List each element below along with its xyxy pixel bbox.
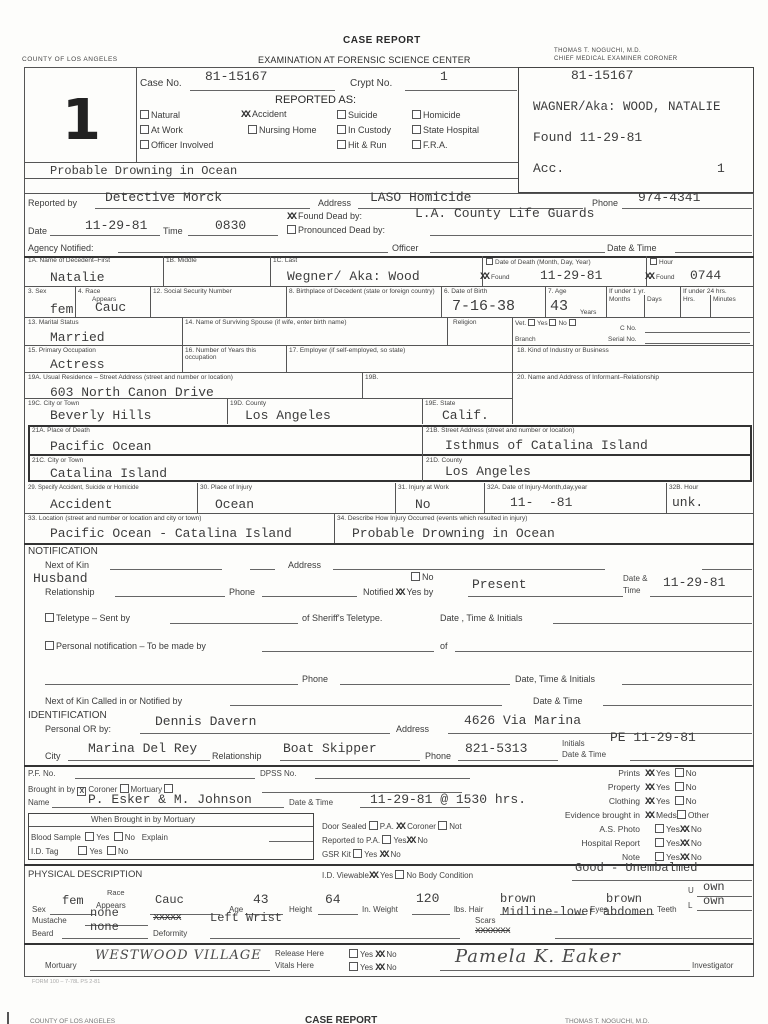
injury-location-value: Pacific Ocean - Catalina Island [50, 526, 292, 541]
checked-x-icon: XX [241, 110, 249, 121]
checkbox-icon[interactable] [438, 821, 447, 830]
checkbox-homicide[interactable]: Homicide [412, 110, 461, 120]
hour-value: 0744 [690, 268, 721, 283]
marital-label: 13. Marital Status [28, 320, 79, 327]
checkbox-accident[interactable]: XXAccident [241, 109, 287, 121]
checkbox-icon [287, 225, 296, 234]
weight-value: 120 [416, 891, 439, 906]
checkbox-state-hospital[interactable]: State Hospital [412, 125, 479, 135]
checkbox-icon [337, 110, 346, 119]
teeth-l-value: own [703, 894, 725, 908]
checkbox-icon [412, 110, 421, 119]
teeth-u-label: U [688, 887, 694, 895]
tag-acc: Acc. [533, 161, 564, 176]
occupation-value: Actress [50, 357, 105, 372]
hospital-report-options[interactable]: YesXXNo [655, 838, 702, 850]
dob-label: 6. Date of Birth [444, 289, 487, 296]
id-address-value: 4626 Via Marina [464, 713, 581, 728]
age-value: 43 [550, 298, 568, 315]
time-value: 0830 [215, 218, 246, 233]
notified-by-value: Present [472, 577, 527, 592]
id-city-value: Marina Del Rey [88, 741, 197, 756]
id-viewable-row: I.D. ViewableXXYes No Body Condition [322, 870, 473, 882]
pronounced-checkbox[interactable]: Pronounced Dead by: [287, 225, 385, 235]
occupation-label: 15. Primary Occupation [28, 348, 96, 355]
tag-acc-no: 1 [717, 161, 725, 176]
last-name-value: Wegner/ Aka: Wood [287, 269, 420, 284]
officer-label: Officer [392, 243, 418, 253]
name-label: Name [28, 799, 49, 807]
residence-county-label: 19D. County [230, 401, 266, 408]
residence-state-label: 19E. State [425, 401, 455, 408]
manner-value: Accident [50, 497, 112, 512]
physical-section: PHYSICAL DESCRIPTION [28, 869, 142, 880]
case-no-value: 81-15167 [205, 69, 267, 84]
phone-label: Phone [592, 198, 618, 208]
phone-value: 974-4341 [638, 190, 700, 205]
property-options[interactable]: XXYes No [645, 782, 697, 794]
checked-x-icon[interactable]: XX [369, 871, 377, 882]
injury-at-work-label: 31. Injury at Work [398, 485, 449, 492]
tattoo-strike: xxxxx [153, 912, 181, 924]
mortuary-box: When Brought in by Mortuary Blood Sample… [28, 813, 314, 860]
checkbox-icon [140, 125, 149, 134]
birthplace-label: 8. Birthplace of Decedent (state or fore… [289, 289, 439, 296]
time-label: Time [163, 226, 183, 236]
place-of-death-label: 21A. Place of Death [32, 428, 90, 435]
relationship-value: Husband [33, 571, 88, 586]
place-of-death-value: Pacific Ocean [50, 439, 151, 454]
name-value: P. Esker & M. Johnson [88, 792, 252, 807]
property-label: Property [608, 783, 640, 792]
dpss-no-label: DPSS No. [260, 770, 296, 778]
page-number: 1 [62, 88, 101, 153]
found-dead-value: L.A. County Life Guards [415, 206, 594, 221]
teeth-l-label: L [688, 902, 692, 910]
vitals-here-label: Vitals Here [275, 962, 314, 970]
death-street-value: Isthmus of Catalina Island [445, 438, 648, 453]
id-tag-row: I.D. Tag Yes No [31, 846, 128, 856]
investigator-label: Investigator [692, 962, 733, 970]
vet-field: Vet. Yes No [515, 319, 578, 328]
teletype-checkbox[interactable]: Teletype – Sent by [45, 613, 130, 623]
checkbox-icon[interactable] [369, 821, 378, 830]
age-unit: Years [580, 310, 596, 317]
checkbox-icon[interactable] [78, 846, 87, 855]
nok-address-label: Address [288, 560, 321, 570]
hour-found-checkbox[interactable]: XXFound [645, 273, 674, 283]
divider [136, 67, 137, 162]
nok-phone-label: Phone [229, 587, 255, 597]
checkbox-icon[interactable] [85, 832, 94, 841]
initials-label: Initials [562, 740, 585, 748]
death-city-value: Catalina Island [50, 466, 167, 481]
scars-label: Scars [475, 917, 495, 925]
found-dead-checkbox[interactable]: XXFound Dead by: [287, 211, 362, 223]
spouse-label: 14. Name of Surviving Spouse (if wife, e… [185, 320, 347, 327]
county-name: COUNTY OF LOS ANGELES [22, 57, 118, 64]
industry-label: 18. Kind of Industry or Business [517, 348, 609, 355]
date-label: Date [28, 226, 47, 236]
residence-city-label: 19C. City or Town [28, 401, 79, 408]
checkbox-hit-and-run[interactable]: Hit & Run [337, 140, 387, 150]
residence-state-value: Calif. [442, 408, 489, 423]
reported-as-label: REPORTED AS: [275, 94, 356, 106]
injury-how-value: Probable Drowning in Ocean [352, 526, 555, 541]
last-name-label: 1C. Last [273, 258, 297, 265]
days-label: Days [647, 297, 662, 304]
investigator-signature: Pamela K. Eaker [455, 946, 621, 967]
injury-place-value: Ocean [215, 497, 254, 512]
mustache-value: none [90, 906, 119, 920]
date-of-death-value: 11-29-81 [540, 268, 602, 283]
checkbox-icon[interactable] [528, 319, 535, 326]
evidence-options[interactable]: XXMedsOther [645, 810, 709, 822]
injury-at-work-value: No [415, 497, 431, 512]
injury-location-label: 33. Location (street and number or locat… [28, 516, 201, 523]
eyes-value: brown [606, 892, 642, 906]
middle-name-label: 1B. Middle [166, 258, 197, 265]
release-here-label: Release Here [275, 950, 324, 958]
reported-by-value: Detective Morck [105, 190, 222, 205]
checked-x-icon: XX [287, 212, 295, 223]
residence-label: 19A. Usual Residence – Street Address (s… [28, 375, 233, 382]
height-value: 64 [325, 892, 341, 907]
crypt-no-value: 1 [440, 69, 448, 84]
id-phone-label: Phone [425, 751, 451, 761]
checkbox-at-work[interactable]: At Work [140, 125, 183, 135]
checkbox-icon[interactable] [353, 849, 362, 858]
id-relationship-value: Boat Skipper [283, 741, 377, 756]
relationship-label: Relationship [45, 587, 95, 597]
checkbox-natural[interactable]: Natural [140, 110, 180, 120]
called-in-label: Next of Kin Called in or Notified by [45, 696, 182, 706]
phys-sex-value: fem [62, 894, 84, 908]
notified-no-checkbox[interactable]: No [411, 572, 434, 582]
clothing-options[interactable]: XXYes No [645, 796, 697, 808]
checkbox-icon [140, 110, 149, 119]
phone2-label: Phone [302, 674, 328, 684]
notified-label: NotifiedXXYes by [363, 587, 433, 599]
teletype-of-label: of Sheriff's Teletype. [302, 613, 382, 623]
personal-id-label: Personal OR by: [45, 724, 111, 734]
body-tag: 81-15167 WAGNER/Aka: WOOD, NATALIE Found… [518, 67, 754, 193]
checkbox-icon [337, 140, 346, 149]
checked-x-icon: XX [480, 272, 488, 283]
prints-options[interactable]: XXYes No [645, 768, 697, 780]
race-label-top: Race [107, 889, 125, 897]
injury-date-label: 32A. Date of Injury-Month,day,year [487, 485, 587, 492]
checkbox-icon[interactable] [382, 835, 391, 844]
height-label: Height [289, 906, 312, 914]
hrs-label: Hrs. [683, 297, 695, 304]
checkbox-icon [337, 125, 346, 134]
checked-x-icon[interactable]: XX [406, 836, 414, 847]
tag-found: Found 11-29-81 [533, 130, 642, 145]
mustache-label: Mustache [32, 917, 67, 925]
c-no-label: C No. [620, 326, 637, 333]
checked-x-icon: XX [645, 272, 653, 283]
teletype-dti-label: Date , Time & Initials [440, 613, 523, 623]
date-value: 11-29-81 [85, 218, 147, 233]
checkbox-icon [486, 258, 493, 265]
id-city-label: City [45, 751, 61, 761]
next-page-coroner: THOMAS T. NOGUCHI, M.D. [565, 1019, 649, 1024]
checkbox-icon [412, 140, 421, 149]
scars-strike: xxxxxxx [475, 926, 510, 937]
next-of-kin-label: Next of Kin [45, 560, 89, 570]
address-value: LASO Homicide [370, 190, 471, 205]
as-photo-label: A.S. Photo [599, 825, 640, 834]
nok-date-label: Date & [623, 575, 647, 583]
personal-of-label: of [440, 641, 448, 651]
residence-county-value: Los Angeles [245, 408, 331, 423]
coroner-name: THOMAS T. NOGUCHI, M.D. [554, 48, 641, 54]
next-page-title: CASE REPORT [305, 1015, 377, 1024]
serial-label: Serial No. [608, 337, 637, 344]
19b-label: 19B. [365, 375, 378, 382]
body-condition-value: Good - Unembalmed [575, 861, 697, 875]
checkbox-icon [411, 572, 420, 581]
form-subtitle: EXAMINATION AT FORENSIC SCIENCE CENTER [258, 55, 471, 65]
checkbox-in-custody[interactable]: In Custody [337, 125, 391, 135]
identification-section: IDENTIFICATION [28, 710, 107, 721]
checkbox-icon [412, 125, 421, 134]
beard-label: Beard [32, 930, 53, 938]
checkbox-icon[interactable] [549, 319, 556, 326]
intake-date-time-value: 11-29-81 @ 1530 hrs. [370, 792, 526, 807]
under-1yr-label: If under 1 yr. [609, 289, 645, 296]
hospital-report-label: Hospital Report [581, 839, 640, 848]
id-relationship-label: Relationship [212, 751, 262, 761]
tattoo-value: Left Wrist [210, 911, 282, 925]
ssn-label: 12. Social Security Number [153, 289, 232, 296]
checkbox-icon [140, 140, 149, 149]
personal-id-value: Dennis Davern [155, 714, 256, 729]
mortuary-value: WESTWOOD VILLAGE [95, 948, 262, 963]
nok-date-time-value: 11-29-81 [663, 575, 725, 590]
gsr-kit-row: GSR Kit Yes XXNo [322, 849, 401, 861]
race-label: 4. Race [78, 289, 100, 296]
form-number: FORM 100 – 7-78L PS 2-81 [32, 980, 100, 986]
checkbox-officer-involved[interactable]: Officer Involved [140, 140, 213, 150]
injury-hour-value: unk. [672, 495, 703, 510]
hour-label: Hour [650, 258, 673, 267]
dti2-label: Date, Time & Initials [515, 674, 595, 684]
injury-how-label: 34. Describe How Injury Occurred (events… [337, 516, 527, 523]
checked-x-icon[interactable]: XX [379, 850, 387, 861]
injury-place-label: 30. Place of Injury [200, 485, 252, 492]
tag-name: WAGNER/Aka: WOOD, NATALIE [533, 100, 753, 114]
as-photo-options[interactable]: YesXXNo [655, 824, 702, 836]
tag-case-no: 81-15167 [571, 68, 633, 83]
teeth-label: Teeth [657, 906, 677, 914]
minutes-label: Minutes [713, 297, 736, 304]
sex-label: 3. Sex [28, 289, 46, 296]
pf-no-label: P.F. No. [28, 770, 55, 778]
checked-x-icon[interactable]: X [77, 787, 86, 796]
notification-section: NOTIFICATION [28, 546, 98, 557]
dod-found-checkbox[interactable]: XXFound [480, 273, 509, 283]
deformity-label: Deformity [153, 930, 187, 938]
checkbox-icon [650, 258, 657, 265]
teeth-u-value: own [703, 880, 725, 894]
branch-label: Branch [515, 337, 536, 344]
case-no-label: Case No. [140, 78, 182, 89]
injury-date-value: 11- -81 [510, 495, 572, 510]
lbs-hair-label: lbs. Hair [454, 906, 483, 914]
checkbox-fra[interactable]: F.R.A. [412, 140, 448, 150]
checkbox-icon [45, 613, 54, 622]
id-address-label: Address [396, 724, 429, 734]
under-24hrs-label: If under 24 hrs. [683, 289, 727, 296]
death-street-label: 21B. Street Address (street and number o… [426, 428, 575, 435]
intake-date-time-label: Date & Time [289, 799, 333, 807]
checkbox-icon[interactable] [395, 870, 404, 879]
weight-label: In. Weight [362, 906, 398, 914]
hair-value: brown [500, 892, 536, 906]
reported-pa-row: Reported to P.A. YesXXNo [322, 835, 428, 847]
release-options[interactable]: Yes XXNo [349, 949, 397, 961]
nok-time-label: Time [623, 587, 640, 595]
injury-hour-label: 32B. Hour [669, 485, 698, 492]
phys-age-value: 43 [253, 892, 269, 907]
race-value: Cauc [95, 300, 126, 315]
scars-value: Midline-lower abdomen [502, 905, 653, 919]
door-sealed-row: Door Sealed P.A. XXCoroner Not [322, 821, 462, 833]
crypt-no-label: Crypt No. [350, 78, 392, 89]
date-of-death-label: Date of Death (Month, Day, Year) [486, 258, 591, 267]
checkbox-icon[interactable] [569, 319, 576, 326]
called-date-time-label: Date & Time [533, 696, 583, 706]
first-name-label: 1A. Name of Decedent–First [28, 258, 110, 265]
residence-city-value: Beverly Hills [50, 408, 151, 423]
clothing-label: Clothing [609, 797, 640, 806]
reported-by-label: Reported by [28, 198, 77, 208]
address-label: Address [318, 198, 351, 208]
phys-race-value: Cauc [155, 893, 184, 907]
checkbox-icon[interactable] [107, 846, 116, 855]
mortuary-box-title: When Brought in by Mortuary [91, 816, 195, 824]
agency-label: Agency Notified: [28, 243, 94, 253]
initials-value: PE 11-29-81 [610, 730, 696, 745]
beard-value: none [90, 920, 119, 934]
checked-x-icon[interactable]: XX [396, 588, 404, 599]
informant-label: 20. Name and Address of Informant–Relati… [517, 375, 659, 382]
death-city-label: 21C. City or Town [32, 458, 83, 465]
manner-label: 29. Specify Accident, Suicide or Homicid… [28, 485, 148, 491]
phys-sex-label: Sex [32, 906, 46, 914]
initials-date-time-label: Date & Time [562, 751, 606, 759]
dob-value: 7-16-38 [452, 298, 515, 315]
employer-label: 17. Employer (if self-employed, so state… [289, 348, 405, 355]
personal-notification-checkbox[interactable]: Personal notification – To be made by [45, 641, 206, 651]
checkbox-icon[interactable] [114, 832, 123, 841]
checked-x-icon[interactable]: XX [396, 822, 404, 833]
date-time-label: Date & Time [607, 243, 657, 253]
id-phone-value: 821-5313 [465, 741, 527, 756]
coroner-title: CHIEF MEDICAL EXAMINER CORONER [554, 56, 677, 62]
form-title: CASE REPORT [343, 35, 421, 46]
first-name-value: Natalie [50, 270, 105, 285]
case-summary: Probable Drowning in Ocean [50, 164, 237, 178]
religion-label: Religion [453, 320, 477, 327]
evidence-label: Evidence brought in [565, 811, 640, 820]
next-page-county: COUNTY OF LOS ANGELES [30, 1019, 115, 1024]
blood-sample-row: Blood Sample Yes No Explain [31, 832, 168, 842]
checkbox-icon [248, 125, 257, 134]
checkbox-nursing-home[interactable]: Nursing Home [248, 125, 317, 135]
sex-value: fem [50, 302, 73, 317]
prints-label: Prints [618, 769, 640, 778]
years-occupation-label: 16. Number of Years this occupation [185, 348, 270, 361]
months-label: Months [609, 297, 630, 304]
checkbox-suicide[interactable]: Suicide [337, 110, 378, 120]
marital-value: Married [50, 330, 105, 345]
death-county-value: Los Angeles [445, 464, 531, 479]
mortuary-release-label: Mortuary [45, 962, 77, 970]
checkbox-icon [45, 641, 54, 650]
vitals-options[interactable]: Yes XXNo [349, 962, 397, 974]
age-label: 7. Age [548, 289, 566, 296]
